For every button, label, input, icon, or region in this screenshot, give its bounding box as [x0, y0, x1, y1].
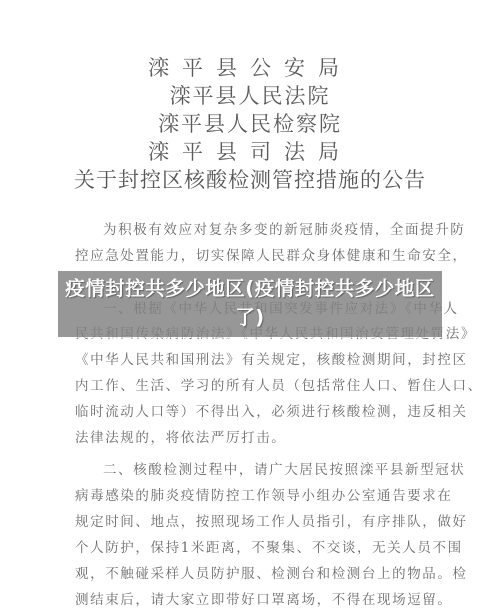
body-line: 内工作、生活、学习的所有人员（包括常住人口、暂住人口、 — [75, 374, 427, 394]
body-line: 测结束后，请大家立即带好口罩离场，不得在现场逗留。 — [75, 588, 427, 608]
issuer-public-security: 滦平县公安局 — [0, 52, 500, 82]
body-line: 临时流动人口等）不得出入，必须进行核酸检测，违反相关 — [75, 400, 427, 420]
issuer-court: 滦平县人民法院 — [0, 80, 500, 110]
body-line: 控应急处置能力，切实保障人民群众身体健康和生命安全， — [75, 244, 427, 264]
body-line: 观，不触碰采样人员防护服、检测台和检测台上的物品。检 — [75, 562, 427, 582]
body-line: 规定时间、地点，按照现场工作人员指引，有序排队，做好 — [75, 510, 427, 530]
body-line: 《中华人民共和国刑法》有关规定，核酸检测期间，封控区 — [75, 348, 427, 368]
body-line: 为积极有效应对复杂多变的新冠肺炎疫情，全面提升防 — [103, 218, 427, 238]
headline-text: 疫情封控共多少地区(疫情封控共多少地区了) — [58, 274, 442, 332]
body-line: 个人防护，保持1米距离，不聚集、不交谈，无关人员不围 — [75, 536, 427, 556]
body-line: 二、核酸检测过程中，请广大居民按照滦平县新型冠状 — [103, 458, 427, 478]
body-line: 病毒感染的肺炎疫情防控工作领导小组办公室通告要求在 — [75, 484, 427, 504]
issuer-justice-bureau: 滦平县司法局 — [0, 136, 500, 166]
document-title: 关于封控区核酸检测管控措施的公告 — [0, 164, 500, 194]
issuer-procuratorate: 滦平县人民检察院 — [0, 108, 500, 138]
body-line: 法律法规的，将依法严厉打击。 — [75, 426, 427, 446]
